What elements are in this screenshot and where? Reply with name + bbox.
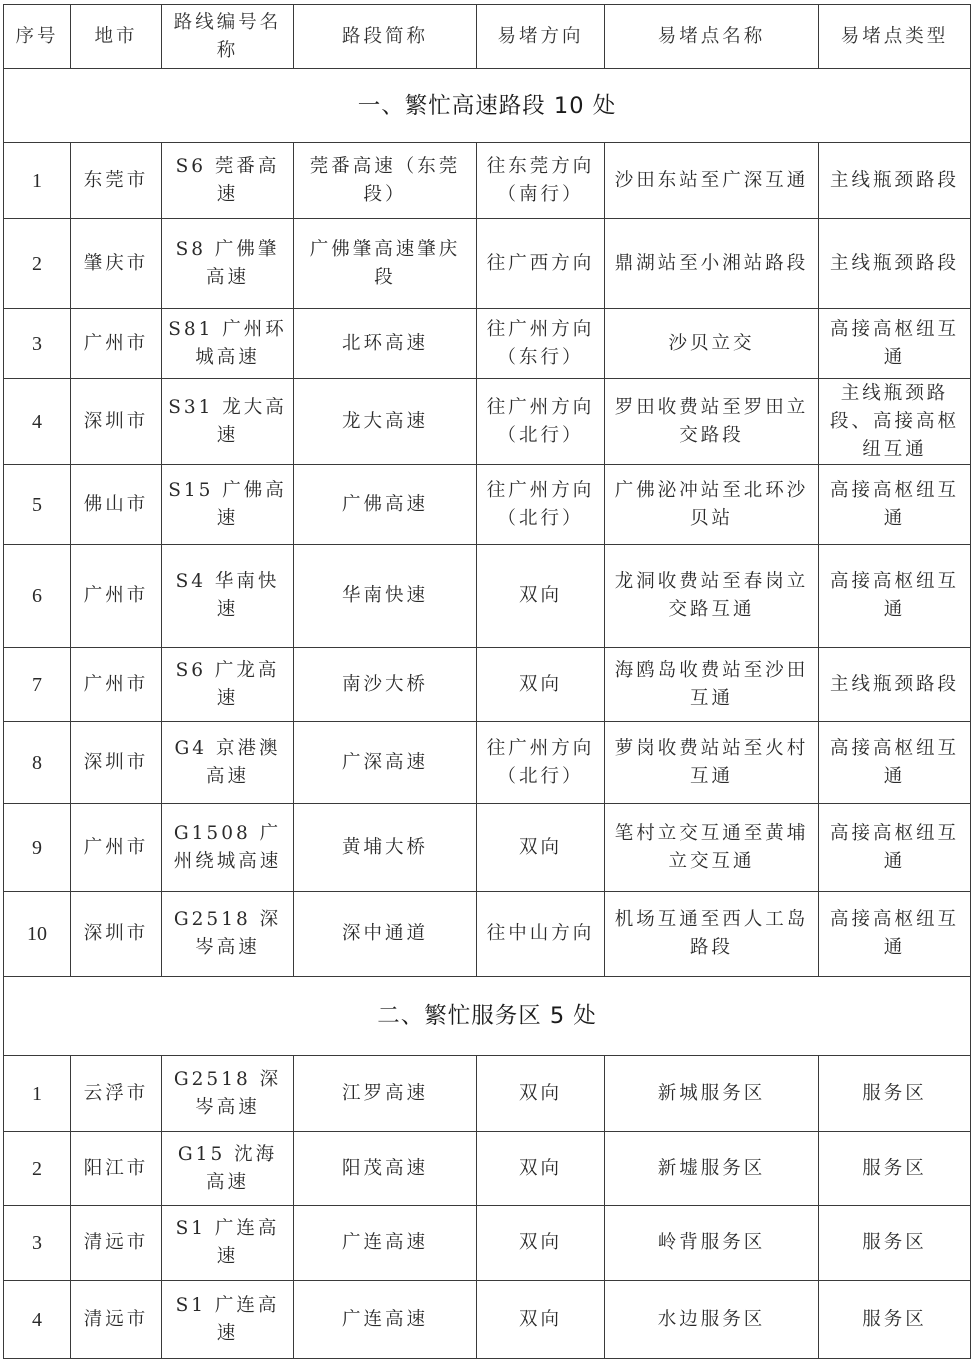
column-header-city: 地市: [71, 5, 162, 69]
cell-congestion-point-type: 高接高枢纽互通: [819, 465, 971, 545]
cell-congestion-direction: 双向: [477, 648, 605, 722]
cell-congestion-point-type: 高接高枢纽互通: [819, 309, 971, 379]
cell-congestion-point-type: 服务区: [819, 1281, 971, 1359]
cell-congestion-point-name: 岭背服务区: [605, 1206, 819, 1281]
cell-congestion-point-name: 新墟服务区: [605, 1132, 819, 1206]
cell-segment-short-name: 广佛肇高速肇庆段: [294, 219, 477, 309]
cell-congestion-direction: 双向: [477, 804, 605, 892]
cell-congestion-point-name: 鼎湖站至小湘站路段: [605, 219, 819, 309]
cell-seq: 8: [4, 722, 71, 804]
cell-seq: 3: [4, 309, 71, 379]
cell-congestion-point-type: 主线瓶颈路段: [819, 219, 971, 309]
column-header-congestion-point-type: 易堵点类型: [819, 5, 971, 69]
table-row: 1云浮市G2518 深岑高速江罗高速双向新城服务区服务区: [4, 1056, 971, 1132]
table-row: 2阳江市G15 沈海高速阳茂高速双向新墟服务区服务区: [4, 1132, 971, 1206]
cell-segment-short-name: 北环高速: [294, 309, 477, 379]
cell-city: 广州市: [71, 804, 162, 892]
cell-congestion-direction: 往中山方向: [477, 892, 605, 977]
cell-city: 清远市: [71, 1206, 162, 1281]
column-header-congestion-point-name: 易堵点名称: [605, 5, 819, 69]
cell-segment-short-name: 深中通道: [294, 892, 477, 977]
cell-seq: 10: [4, 892, 71, 977]
column-header-segment-short-name: 路段简称: [294, 5, 477, 69]
cell-route-name: G2518 深岑高速: [162, 1056, 294, 1132]
cell-city: 肇庆市: [71, 219, 162, 309]
cell-congestion-direction: 往广州方向（北行）: [477, 722, 605, 804]
cell-city: 广州市: [71, 309, 162, 379]
cell-congestion-direction: 双向: [477, 545, 605, 648]
cell-congestion-point-type: 高接高枢纽互通: [819, 892, 971, 977]
table-row: 10深圳市G2518 深岑高速深中通道往中山方向机场互通至西人工岛路段高接高枢纽…: [4, 892, 971, 977]
cell-congestion-point-name: 海鸥岛收费站至沙田互通: [605, 648, 819, 722]
cell-city: 深圳市: [71, 892, 162, 977]
cell-route-name: G15 沈海高速: [162, 1132, 294, 1206]
section-header-row: 一、繁忙高速路段 10 处: [4, 69, 971, 143]
cell-route-name: S15 广佛高速: [162, 465, 294, 545]
cell-congestion-direction: 双向: [477, 1056, 605, 1132]
cell-congestion-direction: 往广州方向（东行）: [477, 309, 605, 379]
cell-congestion-point-name: 笔村立交互通至黄埔立交互通: [605, 804, 819, 892]
table-row: 2肇庆市S8 广佛肇高速广佛肇高速肇庆段往广西方向鼎湖站至小湘站路段主线瓶颈路段: [4, 219, 971, 309]
cell-seq: 7: [4, 648, 71, 722]
cell-segment-short-name: 广佛高速: [294, 465, 477, 545]
column-header-seq: 序号: [4, 5, 71, 69]
cell-city: 广州市: [71, 648, 162, 722]
table-row: 8深圳市G4 京港澳高速广深高速往广州方向（北行）萝岗收费站站至火村互通高接高枢…: [4, 722, 971, 804]
cell-route-name: S1 广连高速: [162, 1281, 294, 1359]
cell-congestion-point-type: 主线瓶颈路段: [819, 648, 971, 722]
cell-congestion-point-name: 沙田东站至广深互通: [605, 143, 819, 219]
cell-city: 清远市: [71, 1281, 162, 1359]
cell-congestion-point-type: 高接高枢纽互通: [819, 804, 971, 892]
cell-segment-short-name: 莞番高速（东莞段）: [294, 143, 477, 219]
cell-route-name: S6 莞番高速: [162, 143, 294, 219]
table-row: 1东莞市S6 莞番高速莞番高速（东莞段）往东莞方向（南行）沙田东站至广深互通主线…: [4, 143, 971, 219]
table-row: 4清远市S1 广连高速广连高速双向水边服务区服务区: [4, 1281, 971, 1359]
cell-congestion-point-type: 服务区: [819, 1132, 971, 1206]
cell-congestion-point-name: 新城服务区: [605, 1056, 819, 1132]
cell-route-name: S31 龙大高速: [162, 379, 294, 465]
cell-seq: 4: [4, 1281, 71, 1359]
cell-seq: 6: [4, 545, 71, 648]
cell-segment-short-name: 龙大高速: [294, 379, 477, 465]
cell-route-name: G4 京港澳高速: [162, 722, 294, 804]
cell-congestion-point-name: 龙洞收费站至春岗立交路互通: [605, 545, 819, 648]
cell-city: 东莞市: [71, 143, 162, 219]
section-title: 一、繁忙高速路段 10 处: [4, 69, 971, 143]
column-header-congestion-direction: 易堵方向: [477, 5, 605, 69]
cell-congestion-point-type: 主线瓶颈路段、高接高枢纽互通: [819, 379, 971, 465]
cell-segment-short-name: 广连高速: [294, 1206, 477, 1281]
cell-congestion-direction: 往广州方向（北行）: [477, 465, 605, 545]
cell-seq: 2: [4, 1132, 71, 1206]
cell-congestion-point-name: 萝岗收费站站至火村互通: [605, 722, 819, 804]
cell-segment-short-name: 广深高速: [294, 722, 477, 804]
cell-congestion-point-type: 服务区: [819, 1206, 971, 1281]
cell-congestion-point-name: 沙贝立交: [605, 309, 819, 379]
cell-segment-short-name: 江罗高速: [294, 1056, 477, 1132]
cell-seq: 4: [4, 379, 71, 465]
cell-congestion-direction: 往广西方向: [477, 219, 605, 309]
column-header-route-name: 路线编号名称: [162, 5, 294, 69]
cell-congestion-point-type: 高接高枢纽互通: [819, 545, 971, 648]
table-row: 6广州市S4 华南快速华南快速双向龙洞收费站至春岗立交路互通高接高枢纽互通: [4, 545, 971, 648]
cell-city: 阳江市: [71, 1132, 162, 1206]
cell-congestion-point-type: 主线瓶颈路段: [819, 143, 971, 219]
table-row: 7广州市S6 广龙高速南沙大桥双向海鸥岛收费站至沙田互通主线瓶颈路段: [4, 648, 971, 722]
table-row: 5佛山市S15 广佛高速广佛高速往广州方向（北行）广佛泌冲站至北环沙贝站高接高枢…: [4, 465, 971, 545]
cell-segment-short-name: 黄埔大桥: [294, 804, 477, 892]
congestion-points-table: 序号地市路线编号名称路段简称易堵方向易堵点名称易堵点类型 一、繁忙高速路段 10…: [3, 4, 971, 1359]
cell-congestion-direction: 往广州方向（北行）: [477, 379, 605, 465]
cell-congestion-direction: 双向: [477, 1206, 605, 1281]
cell-route-name: S6 广龙高速: [162, 648, 294, 722]
cell-segment-short-name: 阳茂高速: [294, 1132, 477, 1206]
table-row: 3清远市S1 广连高速广连高速双向岭背服务区服务区: [4, 1206, 971, 1281]
cell-congestion-direction: 往东莞方向（南行）: [477, 143, 605, 219]
cell-segment-short-name: 华南快速: [294, 545, 477, 648]
cell-route-name: S1 广连高速: [162, 1206, 294, 1281]
table-row: 4深圳市S31 龙大高速龙大高速往广州方向（北行）罗田收费站至罗田立交路段主线瓶…: [4, 379, 971, 465]
cell-congestion-point-name: 水边服务区: [605, 1281, 819, 1359]
cell-seq: 1: [4, 1056, 71, 1132]
table-header-row: 序号地市路线编号名称路段简称易堵方向易堵点名称易堵点类型: [4, 5, 971, 69]
cell-city: 广州市: [71, 545, 162, 648]
cell-congestion-direction: 双向: [477, 1132, 605, 1206]
cell-seq: 2: [4, 219, 71, 309]
cell-seq: 1: [4, 143, 71, 219]
section-title: 二、繁忙服务区 5 处: [4, 977, 971, 1056]
cell-route-name: S4 华南快速: [162, 545, 294, 648]
cell-city: 佛山市: [71, 465, 162, 545]
section-header-row: 二、繁忙服务区 5 处: [4, 977, 971, 1056]
cell-congestion-point-name: 广佛泌冲站至北环沙贝站: [605, 465, 819, 545]
table-row: 9广州市G1508 广州绕城高速黄埔大桥双向笔村立交互通至黄埔立交互通高接高枢纽…: [4, 804, 971, 892]
cell-route-name: S8 广佛肇高速: [162, 219, 294, 309]
cell-seq: 5: [4, 465, 71, 545]
cell-segment-short-name: 广连高速: [294, 1281, 477, 1359]
cell-route-name: S81 广州环城高速: [162, 309, 294, 379]
cell-city: 云浮市: [71, 1056, 162, 1132]
cell-segment-short-name: 南沙大桥: [294, 648, 477, 722]
table-row: 3广州市S81 广州环城高速北环高速往广州方向（东行）沙贝立交高接高枢纽互通: [4, 309, 971, 379]
cell-congestion-point-name: 机场互通至西人工岛路段: [605, 892, 819, 977]
cell-city: 深圳市: [71, 722, 162, 804]
cell-route-name: G2518 深岑高速: [162, 892, 294, 977]
cell-seq: 9: [4, 804, 71, 892]
cell-route-name: G1508 广州绕城高速: [162, 804, 294, 892]
cell-congestion-point-name: 罗田收费站至罗田立交路段: [605, 379, 819, 465]
cell-congestion-point-type: 服务区: [819, 1056, 971, 1132]
cell-congestion-point-type: 高接高枢纽互通: [819, 722, 971, 804]
cell-city: 深圳市: [71, 379, 162, 465]
cell-seq: 3: [4, 1206, 71, 1281]
cell-congestion-direction: 双向: [477, 1281, 605, 1359]
